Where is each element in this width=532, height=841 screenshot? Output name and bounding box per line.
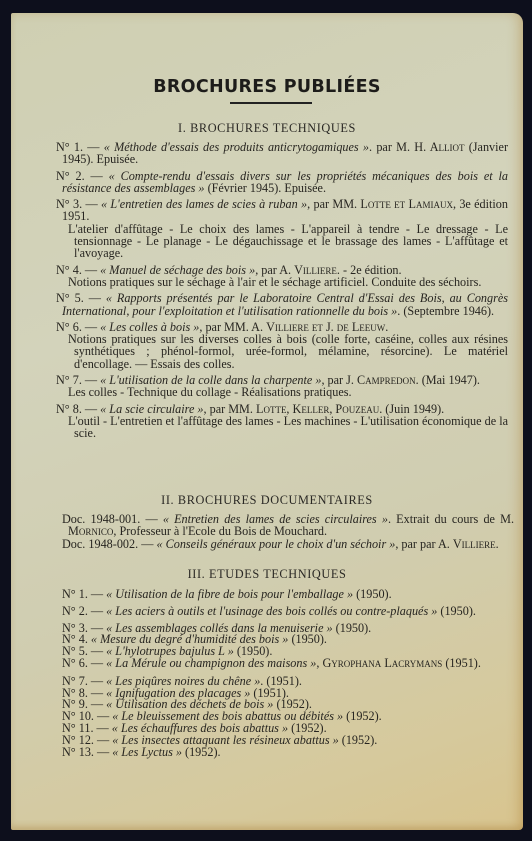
list-item-description: Notions pratiques sur les diverses colle… (56, 333, 508, 370)
section-studies-list: N° 1. — « Utilisation de la fibre de boi… (62, 588, 514, 758)
list-item: N° 2. — « Compte-rendu d'essais divers s… (56, 170, 508, 195)
list-item-description: L'outil - L'entretien et l'affûtage des … (56, 415, 508, 440)
list-item: N° 3. — « L'entretien des lames de scies… (56, 198, 508, 223)
page-title: BROCHURES PUBLIÉES (11, 77, 523, 97)
section-heading-technical: I. BROCHURES TECHNIQUES (11, 121, 523, 136)
list-item: N° 13. — « Les Lyctus » (1952). (62, 747, 514, 759)
list-item: N° 6. — « La Mérule ou champignon des ma… (62, 658, 514, 670)
section-heading-studies: III. ETUDES TECHNIQUES (11, 567, 523, 582)
section-technical-list: N° 1. — « Méthode d'essais des produits … (56, 141, 508, 440)
list-item-description: Notions pratiques sur le séchage à l'air… (56, 276, 508, 288)
list-item-description: Les colles - Technique du collage - Réal… (56, 386, 508, 398)
list-item: N° 5. — « Rapports présentés par le Labo… (56, 292, 508, 317)
section-heading-documentary: II. BROCHURES DOCUMENTAIRES (11, 493, 523, 508)
list-item: N° 2. — « Les aciers à outils et l'usina… (62, 605, 514, 617)
list-item: N° 1. — « Méthode d'essais des produits … (56, 141, 508, 166)
list-item: Doc. 1948-001. — « Entretien des lames d… (62, 513, 514, 538)
list-item-description: L'atelier d'affûtage - Le choix des lame… (56, 223, 508, 260)
title-underline (230, 102, 312, 104)
list-item: Doc. 1948-002. — « Conseils généraux pou… (62, 538, 514, 550)
list-item: N° 1. — « Utilisation de la fibre de boi… (62, 588, 514, 600)
section-documentary-list: Doc. 1948-001. — « Entretien des lames d… (62, 513, 514, 550)
document-page: BROCHURES PUBLIÉES I. BROCHURES TECHNIQU… (11, 13, 523, 830)
